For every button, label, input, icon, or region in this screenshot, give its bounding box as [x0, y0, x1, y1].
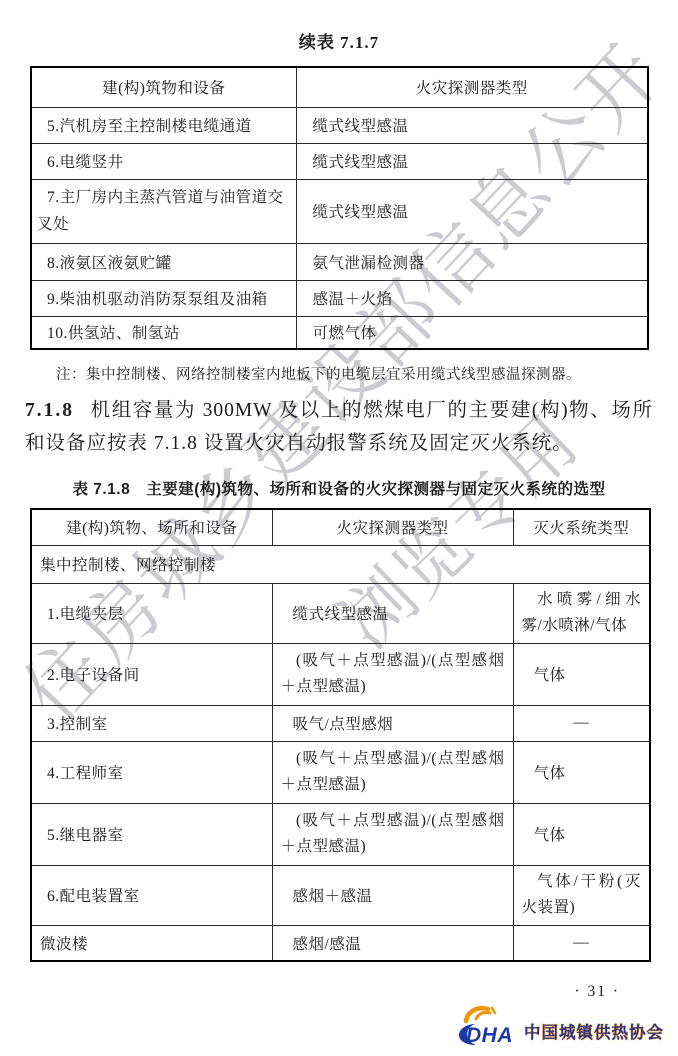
cell-detector: (吸气＋点型感温)/(点型感烟＋点型感温): [272, 741, 513, 803]
cell-building: 6.配电装置室: [31, 865, 272, 925]
cell-extinguishing: —: [513, 925, 650, 961]
table-row: 2.电子设备间 (吸气＋点型感温)/(点型感烟＋点型感温) 气体: [31, 643, 650, 705]
cell-extinguishing: 气体: [513, 643, 650, 705]
table-row: 3.控制室 吸气/点型感烟 —: [31, 705, 650, 741]
cell-building: 微波楼: [31, 925, 272, 961]
cell-extinguishing: —: [513, 705, 650, 741]
table-row: 7.主厂房内主蒸汽管道与油管道交叉处 缆式线型感温: [31, 179, 648, 243]
cell-building: 5.汽机房至主控制楼电缆通道: [31, 107, 296, 143]
col-header-extinguishing: 灭火系统类型: [513, 509, 650, 545]
cell-building: 2.电子设备间: [31, 643, 272, 705]
table-row: 8.液氨区液氨贮罐 氨气泄漏检测器: [31, 243, 648, 280]
table-row: 建(构)筑物、场所和设备 火灾探测器类型 灭火系统类型: [31, 509, 650, 545]
cell-building: 3.控制室: [31, 705, 272, 741]
cell-group-label: 集中控制楼、网络控制楼: [31, 545, 650, 583]
cell-detector: 缆式线型感温: [272, 583, 513, 643]
table-row: 4.工程师室 (吸气＋点型感温)/(点型感烟＋点型感温) 气体: [31, 741, 650, 803]
dha-logo-text: 中国城镇供热协会: [524, 1019, 664, 1050]
cell-building: 10.供氢站、制氢站: [31, 316, 296, 349]
table-group-row: 集中控制楼、网络控制楼: [31, 545, 650, 583]
cell-building: 5.继电器室: [31, 803, 272, 865]
table-row: 建(构)筑物和设备 火灾探测器类型: [31, 67, 648, 107]
cell-detector: 氨气泄漏检测器: [296, 243, 648, 280]
table-7-1-7: 建(构)筑物和设备 火灾探测器类型 5.汽机房至主控制楼电缆通道 缆式线型感温 …: [30, 66, 649, 350]
col-header-building: 建(构)筑物、场所和设备: [31, 509, 272, 545]
cell-building: 8.液氨区液氨贮罐: [31, 243, 296, 280]
cell-extinguishing: 气体: [513, 741, 650, 803]
cell-detector: (吸气＋点型感温)/(点型感烟＋点型感温): [272, 643, 513, 705]
cell-building: 4.工程师室: [31, 741, 272, 803]
dha-logo-icon: DHA: [452, 1004, 518, 1050]
clause-text: 机组容量为 300MW 及以上的燃煤电厂的主要建(构)物、场所和设备应按表 7.…: [25, 400, 653, 454]
table-7-1-7-title: 续表 7.1.7: [0, 0, 678, 53]
cell-extinguishing: 气体/干粉(灭火装置): [513, 865, 650, 925]
cell-detector: (吸气＋点型感温)/(点型感烟＋点型感温): [272, 803, 513, 865]
table-row: 6.配电装置室 感烟＋感温 气体/干粉(灭火装置): [31, 865, 650, 925]
cell-building: 7.主厂房内主蒸汽管道与油管道交叉处: [31, 179, 296, 243]
table-7-1-8: 建(构)筑物、场所和设备 火灾探测器类型 灭火系统类型 集中控制楼、网络控制楼 …: [30, 508, 651, 962]
table-7-1-8-caption: 表 7.1.8 主要建(构)筑物、场所和设备的火灾探测器与固定灭火系统的选型: [0, 477, 678, 499]
table-row: 1.电缆夹层 缆式线型感温 水喷雾/细水雾/水喷淋/气体: [31, 583, 650, 643]
cell-extinguishing: 气体: [513, 803, 650, 865]
cell-extinguishing: 水喷雾/细水雾/水喷淋/气体: [513, 583, 650, 643]
col-header-building: 建(构)筑物和设备: [31, 67, 296, 107]
cell-detector: 感烟/感温: [272, 925, 513, 961]
table-row: 5.继电器室 (吸气＋点型感温)/(点型感烟＋点型感温) 气体: [31, 803, 650, 865]
dha-logo: DHA 中国城镇供热协会: [452, 1004, 664, 1050]
cell-detector: 缆式线型感温: [296, 143, 648, 179]
cell-detector: 可燃气体: [296, 316, 648, 349]
table-row: 5.汽机房至主控制楼电缆通道 缆式线型感温: [31, 107, 648, 143]
col-header-detector: 火灾探测器类型: [272, 509, 513, 545]
table-note: 注：集中控制楼、网络控制楼室内地板下的电缆层宜采用缆式线型感温探测器。: [30, 363, 648, 384]
cell-detector: 缆式线型感温: [296, 179, 648, 243]
clause-7-1-8: 7.1.8机组容量为 300MW 及以上的燃煤电厂的主要建(构)物、场所和设备应…: [25, 394, 653, 460]
clause-number: 7.1.8: [25, 400, 74, 421]
col-header-detector: 火灾探测器类型: [296, 67, 648, 107]
cell-detector: 感温＋火焰: [296, 280, 648, 316]
cell-building: 9.柴油机驱动消防泵泵组及油箱: [31, 280, 296, 316]
cell-detector: 吸气/点型感烟: [272, 705, 513, 741]
cell-detector: 缆式线型感温: [296, 107, 648, 143]
table-row: 微波楼 感烟/感温 —: [31, 925, 650, 961]
table-row: 9.柴油机驱动消防泵泵组及油箱 感温＋火焰: [31, 280, 648, 316]
page-number: · 31 ·: [574, 983, 620, 1001]
svg-text:DHA: DHA: [466, 1024, 513, 1047]
document-page: 续表 7.1.7 建(构)筑物和设备 火灾探测器类型 5.汽机房至主控制楼电缆通…: [0, 0, 678, 962]
cell-detector: 感烟＋感温: [272, 865, 513, 925]
cell-building: 6.电缆竖井: [31, 143, 296, 179]
cell-building: 1.电缆夹层: [31, 583, 272, 643]
table-row: 6.电缆竖井 缆式线型感温: [31, 143, 648, 179]
table-row: 10.供氢站、制氢站 可燃气体: [31, 316, 648, 349]
